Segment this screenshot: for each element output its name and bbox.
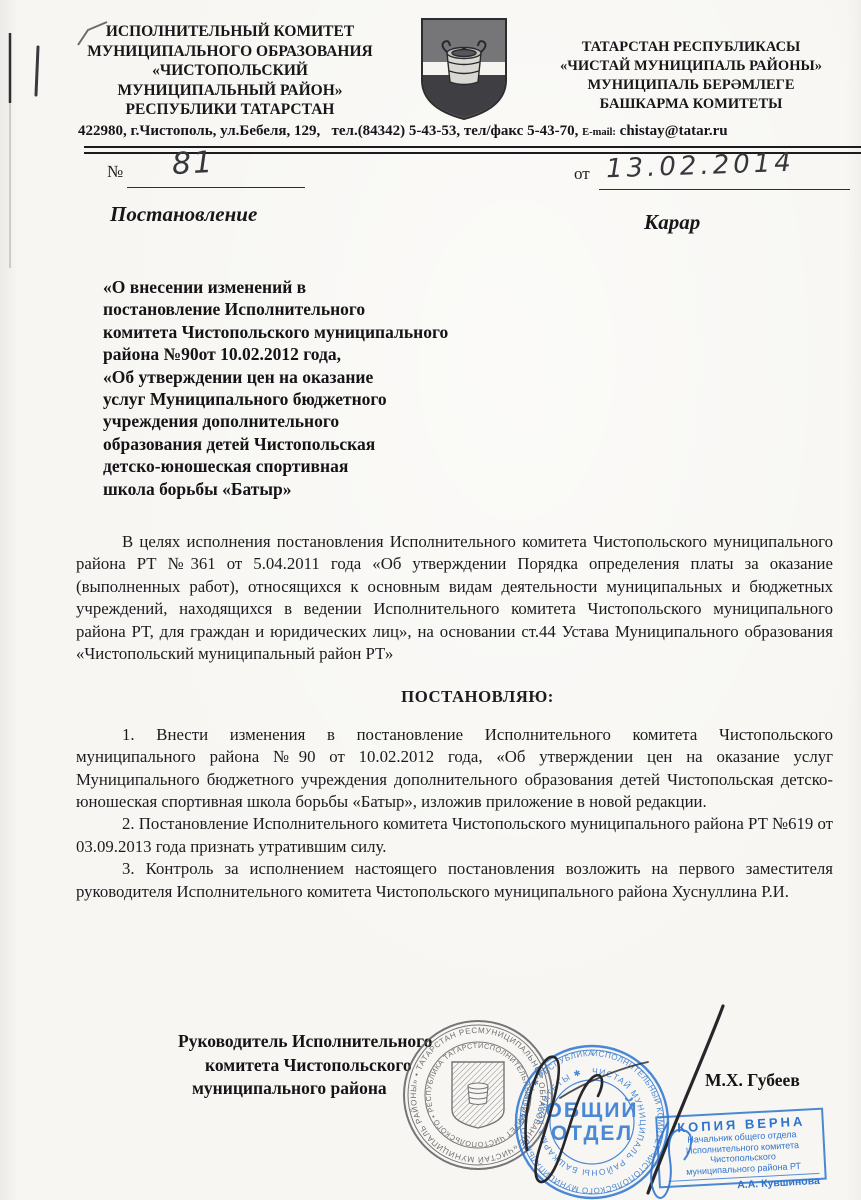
org-left-line: РЕСПУБЛИКИ ТАТАРСТАН xyxy=(62,100,398,120)
date-label: от xyxy=(574,164,590,184)
address-phones: тел.(84342) 5-43-53, тел/факс 5-43-70, xyxy=(332,123,579,139)
pen-mark xyxy=(36,47,38,95)
org-name-russian: ИСПОЛНИТЕЛЬНЫЙ КОМИТЕТ МУНИЦИПАЛЬНОГО ОБ… xyxy=(62,22,398,120)
title-line: «Об утверждении цен на оказание xyxy=(103,366,543,388)
title-line: района №90от 10.02.2012 года, xyxy=(103,343,543,365)
title-line: учреждения дополнительного xyxy=(103,410,543,432)
org-left-line: ИСПОЛНИТЕЛЬНЫЙ КОМИТЕТ xyxy=(62,22,398,42)
email-value: chistay@tatar.ru xyxy=(620,123,728,139)
org-right-line: БАШКАРМА КОМИТЕТЫ xyxy=(528,95,854,114)
email-label: E-mail: xyxy=(582,127,616,138)
point-3: 3. Контроль за исполнением настоящего по… xyxy=(76,858,833,903)
svg-text:ЧИСТАЙ МУНИЦИПАЛЬ РАЙОНЫ БАШКА: ЧИСТАЙ МУНИЦИПАЛЬ РАЙОНЫ БАШКАРМА КОМИТЕ… xyxy=(536,1066,648,1178)
handwritten-number: 81 xyxy=(171,145,215,182)
address-line: 422980, г.Чистополь, ул.Бебеля, 129, тел… xyxy=(78,123,858,140)
address-street: 422980, г.Чистополь, ул.Бебеля, 129, xyxy=(78,123,320,139)
org-name-tatar: ТАТАРСТАН РЕСПУБЛИКАСЫ «ЧИСТАЙ МУНИЦИПАЛ… xyxy=(528,38,854,114)
title-line: детско-юношеская спортивная xyxy=(103,455,543,477)
title-line: «О внесении изменений в xyxy=(103,276,543,298)
signer-position-line: комитета Чистопольского xyxy=(178,1054,432,1078)
org-left-line: «ЧИСТОПОЛЬСКИЙ xyxy=(62,61,398,81)
blue-seal-center-line2: ОТДЕЛ xyxy=(551,1122,633,1145)
signer-position: Руководитель Исполнительного комитета Чи… xyxy=(178,1030,432,1101)
title-line: комитета Чистопольского муниципального xyxy=(103,321,543,343)
blue-seal-ring-inner: ЧИСТАЙ МУНИЦИПАЛЬ РАЙОНЫ БАШКАРМА КОМИТЕ… xyxy=(536,1066,648,1178)
scanned-decree-page: ИСПОЛНИТЕЛЬНЫЙ КОМИТЕТ МУНИЦИПАЛЬНОГО ОБ… xyxy=(0,0,861,1200)
title-line: услуг Муниципального бюджетного xyxy=(103,388,543,410)
org-right-line: МУНИЦИПАЛЬ БЕРӘМЛЕГЕ xyxy=(528,76,854,95)
resolve-heading: ПОСТАНОВЛЯЮ: xyxy=(76,686,833,708)
decree-title: «О внесении изменений в постановление Ис… xyxy=(103,276,543,500)
signer-position-line: муниципального района xyxy=(178,1077,432,1101)
blue-seal-center-line1: ОБЩИЙ xyxy=(545,1098,638,1122)
point-2: 2. Постановление Исполнительного комитет… xyxy=(76,813,833,858)
signer-position-line: Руководитель Исполнительного xyxy=(178,1030,432,1054)
title-line: постановление Исполнительного xyxy=(103,298,543,320)
title-line: образования детей Чистопольская xyxy=(103,433,543,455)
number-underline xyxy=(127,163,305,188)
org-left-line: МУНИЦИПАЛЬНОГО ОБРАЗОВАНИЯ xyxy=(62,42,398,62)
decree-body: В целях исполнения постановления Исполни… xyxy=(76,531,833,903)
doc-type-tatar: Карар xyxy=(644,210,700,235)
copy-certification-stamp: КОПИЯ ВЕРНА Начальник общего отдела Испо… xyxy=(655,1108,827,1189)
org-left-line: МУНИЦИПАЛЬНЫЙ РАЙОН» xyxy=(62,81,398,101)
point-1: 1. Внести изменения в постановление Испо… xyxy=(76,724,833,814)
doc-type-russian: Постановление xyxy=(110,202,257,227)
intro-paragraph: В целях исполнения постановления Исполни… xyxy=(76,531,833,665)
coat-of-arms-icon xyxy=(416,16,512,122)
number-label: № xyxy=(107,162,123,182)
org-right-line: «ЧИСТАЙ МУНИЦИПАЛЬ РАЙОНЫ» xyxy=(528,57,854,76)
signer-name: М.Х. Губеев xyxy=(705,1070,800,1091)
title-line: школа борьбы «Батыр» xyxy=(103,478,543,500)
org-right-line: ТАТАРСТАН РЕСПУБЛИКАСЫ xyxy=(528,38,854,57)
